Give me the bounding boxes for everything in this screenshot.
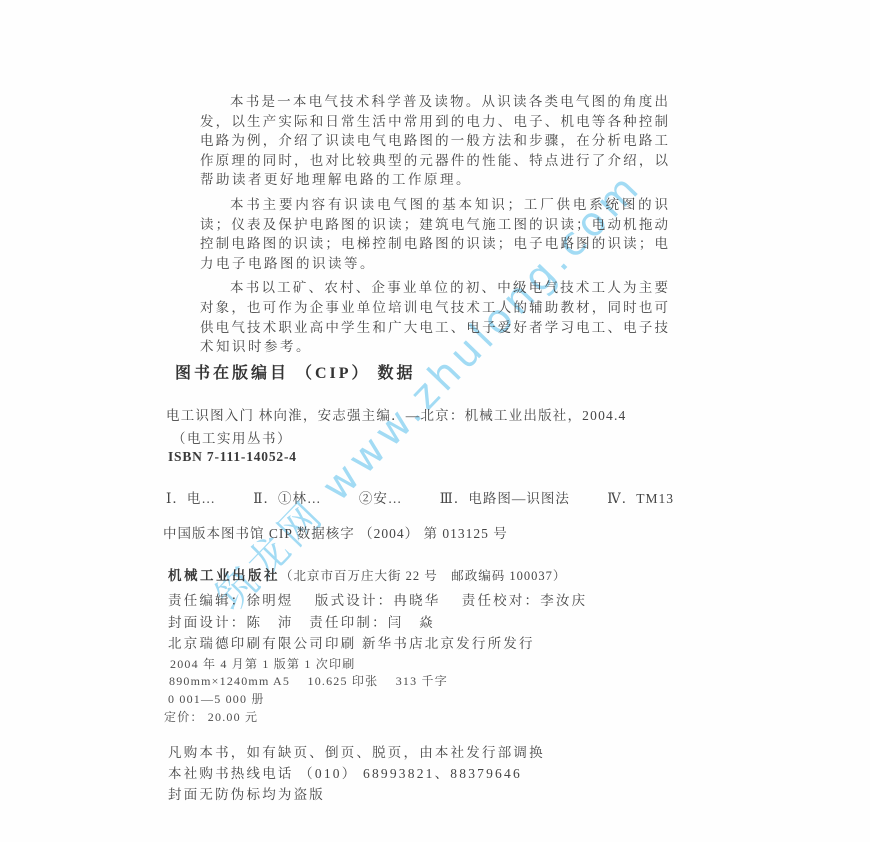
- notice-hotline-line: 本社购书热线电话 （010） 68993821、88379646: [168, 762, 522, 782]
- text-line: 术知识时参考。: [200, 337, 668, 357]
- format-line: 890mm×1240mm A5 10.625 印张 313 千字: [169, 672, 448, 689]
- text-line: 读；仪表及保护电路图的识读；建筑电气施工图的识读；电动机拖动: [200, 215, 668, 235]
- class-part: Ⅳ．TM13: [607, 487, 674, 507]
- editors-line: 责任编辑：徐明煜 版式设计：冉晓华 责任校对：李汝庆: [168, 589, 587, 609]
- book-copyright-page: 筑龙网 www.zhulong.com 本书是一本电气技术科学普及读物。从识读各…: [0, 0, 870, 842]
- text-line: 电路为例，介绍了识读电气电路图的一般方法和步骤，在分析电路工: [200, 131, 668, 151]
- publisher-address: （北京市百万庄大街 22 号 邮政编码 100037）: [280, 569, 566, 583]
- publisher-line: 机械工业出版社（北京市百万庄大街 22 号 邮政编码 100037）: [168, 564, 566, 584]
- intro-paragraph-3: 本书以工矿、农村、企事业单位的初、中级电气技术工人为主要 对象，也可作为企事业单…: [200, 278, 668, 356]
- cip-record-line: 中国版本图书馆 CIP 数据核字 （2004） 第 013125 号: [163, 522, 508, 542]
- publisher-name: 机械工业出版社: [168, 568, 280, 583]
- intro-section: 本书是一本电气技术科学普及读物。从识读各类电气图的角度出 发，以生产实际和日常生…: [200, 92, 668, 362]
- text-line: 控制电路图的识读；电梯控制电路图的识读；电子电路图的识读；电: [200, 234, 668, 254]
- text-line: 帮助读者更好地理解电路的工作原理。: [200, 170, 668, 190]
- text-line: 力电子电路图的识读等。: [200, 254, 668, 274]
- cip-series-line: （电工实用丛书）: [172, 427, 292, 447]
- print-run-line: 0 001—5 000 册: [168, 690, 265, 707]
- class-part: Ⅱ．①林…: [253, 487, 321, 507]
- text-line: 对象，也可作为企事业单位培训电气技术工人的辅助教材，同时也可: [200, 298, 668, 318]
- text-line: 作原理的同时，也对比较典型的元器件的性能、特点进行了介绍，以: [200, 151, 668, 171]
- edition-line: 2004 年 4 月第 1 版第 1 次印刷: [170, 655, 355, 672]
- class-part: ②安…: [359, 487, 403, 507]
- text-line: 供电气技术职业高中学生和广大电工、电子爱好者学习电工、电子技: [200, 318, 668, 338]
- text-line: 本书主要内容有识读电气图的基本知识；工厂供电系统图的识: [200, 195, 668, 215]
- cip-classification-line: Ⅰ．电… Ⅱ．①林… ②安… Ⅲ．电路图—识图法 Ⅳ．TM13: [166, 487, 674, 507]
- price-line: 定价： 20.00 元: [164, 708, 258, 725]
- cip-title-line: 电工识图入门 林向淮，安志强主编．—北京：机械工业出版社，2004.4: [166, 404, 726, 424]
- text-line: 发，以生产实际和日常生活中常用到的电力、电子、机电等各种控制: [200, 112, 668, 132]
- intro-paragraph-2: 本书主要内容有识读电气图的基本知识；工厂供电系统图的识 读；仪表及保护电路图的识…: [200, 195, 668, 273]
- text-line: 本书是一本电气技术科学普及读物。从识读各类电气图的角度出: [200, 92, 668, 112]
- printer-line: 北京瑞德印刷有限公司印刷 新华书店北京发行所发行: [168, 632, 535, 652]
- intro-paragraph-1: 本书是一本电气技术科学普及读物。从识读各类电气图的角度出 发，以生产实际和日常生…: [200, 92, 668, 190]
- design-line: 封面设计：陈 沛 责任印制：闫 焱: [168, 611, 435, 631]
- notice-replacement-line: 凡购本书，如有缺页、倒页、脱页，由本社发行部调换: [168, 741, 545, 761]
- class-part: Ⅲ．电路图—识图法: [440, 487, 570, 507]
- class-part: Ⅰ．电…: [166, 487, 216, 507]
- cip-isbn-line: ISBN 7-111-14052-4: [168, 449, 297, 465]
- text-line: 本书以工矿、农村、企事业单位的初、中级电气技术工人为主要: [200, 278, 668, 298]
- cip-heading: 图书在版编目 （CIP） 数据: [175, 360, 416, 383]
- notice-antipiracy-line: 封面无防伪标均为盗版: [168, 783, 325, 803]
